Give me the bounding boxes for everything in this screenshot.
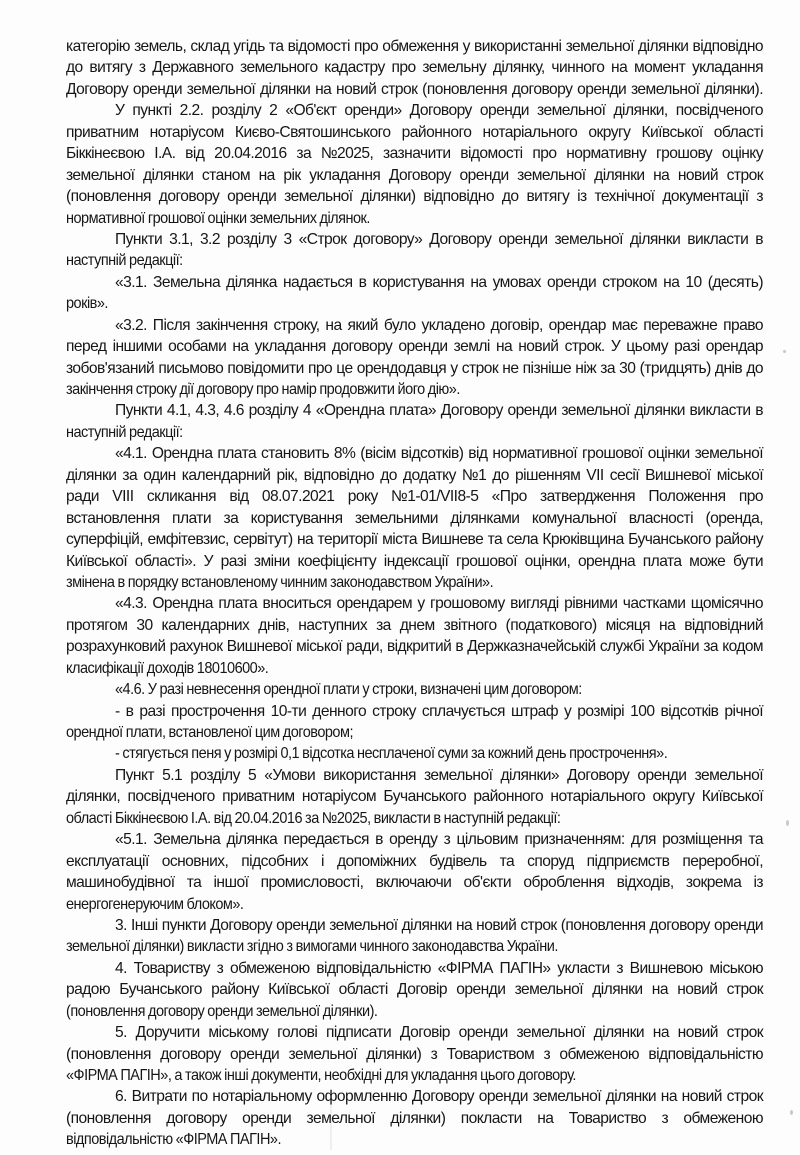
text-line: до витягу з Державного земельного кадаст…: [66, 57, 763, 78]
text-line: (поновлення договору оренди земельної ді…: [66, 1044, 763, 1065]
text-line: земельної ділянки) викласти згідно з вим…: [66, 936, 763, 957]
text-line: суперфіцій, емфітевзис, сервітут) на тер…: [66, 529, 763, 550]
text-line-content: Пункти 4.1, 4.3, 4.6 розділу 4 «Орендна …: [115, 400, 763, 421]
text-line-content: Київської області». У разі зміни коефіці…: [66, 551, 763, 572]
text-line-content: протягом 30 календарних днів, наступних …: [66, 615, 763, 636]
text-line: Пункти 3.1, 3.2 розділу 3 «Строк договор…: [66, 229, 763, 250]
text-line-content: наступній редакції:: [66, 250, 183, 271]
text-line: розрахунковий рахунок Вишневої міської р…: [66, 636, 763, 657]
text-line: «4.3. Орендна плата вноситься орендарем …: [66, 593, 763, 614]
document-body: категорію земель, склад угідь та відомос…: [66, 36, 763, 1151]
text-line: змінена в порядку встановленому чинним з…: [66, 572, 763, 593]
text-line: (поновлення договору оренди земельної ді…: [66, 1001, 763, 1022]
text-line-content: «ФІРМА ПАГІН», а також інші документи, н…: [66, 1065, 576, 1086]
text-line-content: відповідальністю «ФІРМА ПАГІН».: [66, 1129, 281, 1150]
text-line-content: наступній редакції:: [66, 422, 183, 443]
text-line-content: нормативної грошової оцінки земельних ді…: [66, 208, 370, 229]
text-line: радою Бучанського району Київської облас…: [66, 979, 763, 1000]
text-line-content: Пункт 5.1 розділу 5 «Умови використання …: [115, 765, 763, 786]
text-line-content: радою Бучанського району Київської облас…: [66, 979, 763, 1000]
text-line: 5. Доручити міському голові підписати До…: [66, 1022, 763, 1043]
text-line: Біккінеєвою І.А. від 20.04.2016 за №2025…: [66, 143, 763, 164]
text-line-content: (поновлення договору оренди земельної ді…: [66, 1001, 377, 1022]
text-line: нормативної грошової оцінки земельних ді…: [66, 208, 763, 229]
text-line: закінчення строку дії договору про намір…: [66, 379, 763, 400]
scan-speck: [783, 350, 786, 353]
text-line: 3. Інші пункти Договору оренди земельної…: [66, 915, 763, 936]
text-line: 6. Витрати по нотаріальному оформленню Д…: [66, 1086, 763, 1107]
text-line-content: (поновлення договору оренди земельної ді…: [66, 186, 763, 207]
text-line-content: 3. Інші пункти Договору оренди земельної…: [115, 915, 763, 936]
text-line-content: «4.1. Орендна плата становить 8% (вісім …: [115, 443, 763, 464]
text-line: «3.1. Земельна ділянка надається в корис…: [66, 272, 763, 293]
text-line-content: перед іншими особами на укладання догово…: [66, 336, 763, 357]
text-line-content: класифікації доходів 18010600».: [66, 658, 268, 679]
text-line: (поновлення договору оренди земельної ді…: [66, 186, 763, 207]
text-line-content: Біккінеєвою І.А. від 20.04.2016 за №2025…: [66, 143, 763, 164]
text-line: перед іншими особами на укладання догово…: [66, 336, 763, 357]
text-line: експлуатації основних, підсобних і допом…: [66, 851, 763, 872]
text-line: наступній редакції:: [66, 422, 763, 443]
text-line-content: зобов'язаний письмово повідомити про це …: [66, 358, 763, 379]
text-line-content: 4. Товариству з обмеженою відповідальніс…: [115, 958, 763, 979]
text-line: «ФІРМА ПАГІН», а також інші документи, н…: [66, 1065, 763, 1086]
text-line: класифікації доходів 18010600».: [66, 658, 763, 679]
text-line-content: - стягується пеня у розмірі 0,1 відсотка…: [115, 743, 667, 764]
text-line-content: «3.2. Після закінчення строку, на який б…: [115, 315, 763, 336]
text-line-content: «4.6. У разі невнесення орендної плати у…: [115, 679, 582, 700]
text-line: Пункт 5.1 розділу 5 «Умови використання …: [66, 765, 763, 786]
text-line-content: 5. Доручити міському голові підписати До…: [115, 1022, 763, 1043]
text-line-content: У пункті 2.2. розділу 2 «Об'єкт оренди» …: [115, 100, 763, 121]
text-line-content: земельної ділянки станом на рік укладанн…: [66, 165, 763, 186]
text-line-content: енергогенеруючим блоком».: [66, 894, 243, 915]
text-line: - в разі прострочення 10-ти денного стро…: [66, 701, 763, 722]
text-line: ділянки за один календарний рік, відпові…: [66, 465, 763, 486]
text-line-content: - в разі прострочення 10-ти денного стро…: [115, 701, 763, 722]
text-line: машинобудівної та іншої промисловості, в…: [66, 872, 763, 893]
text-line: наступній редакції:: [66, 250, 763, 271]
text-line-content: суперфіцій, емфітевзис, сервітут) на тер…: [66, 529, 763, 550]
text-line: «3.2. Після закінчення строку, на який б…: [66, 315, 763, 336]
text-line: енергогенеруючим блоком».: [66, 894, 763, 915]
text-line: «4.1. Орендна плата становить 8% (вісім …: [66, 443, 763, 464]
scan-speck: [790, 1110, 793, 1115]
text-line-content: до витягу з Державного земельного кадаст…: [66, 57, 763, 78]
text-line: «5.1. Земельна ділянка передається в оре…: [66, 829, 763, 850]
text-line-content: (поновлення договору оренди земельної ді…: [66, 1108, 763, 1129]
text-line: Договору оренди земельної ділянки на нов…: [66, 79, 763, 100]
text-line-content: 6. Витрати по нотаріальному оформленню Д…: [115, 1086, 763, 1107]
text-line: років».: [66, 293, 763, 314]
scan-speck: [786, 820, 789, 826]
text-line: встановлення плати за користування земел…: [66, 508, 763, 529]
text-line: У пункті 2.2. розділу 2 «Об'єкт оренди» …: [66, 100, 763, 121]
text-line: категорію земель, склад угідь та відомос…: [66, 36, 763, 57]
text-line: відповідальністю «ФІРМА ПАГІН».: [66, 1129, 763, 1150]
text-line-content: «4.3. Орендна плата вноситься орендарем …: [115, 593, 763, 614]
text-line-content: «3.1. Земельна ділянка надається в корис…: [115, 272, 763, 293]
text-line-content: орендної плати, встановленої цим договор…: [66, 722, 353, 743]
text-line-content: земельної ділянки) викласти згідно з вим…: [66, 936, 558, 957]
scanned-document-page: категорію земель, склад угідь та відомос…: [0, 0, 800, 1155]
text-line-content: Договору оренди земельної ділянки на нов…: [66, 79, 763, 100]
text-line: Київської області». У разі зміни коефіці…: [66, 551, 763, 572]
text-line-content: розрахунковий рахунок Вишневої міської р…: [66, 636, 763, 657]
text-line-content: ділянки за один календарний рік, відпові…: [66, 465, 763, 486]
text-line-content: років».: [66, 293, 108, 314]
text-line-content: категорію земель, склад угідь та відомос…: [66, 36, 763, 57]
text-line: зобов'язаний письмово повідомити про це …: [66, 358, 763, 379]
text-line: області Біккінеєвою І.А. від 20.04.2016 …: [66, 808, 763, 829]
text-line-content: встановлення плати за користування земел…: [66, 508, 763, 529]
text-line-content: Пункти 3.1, 3.2 розділу 3 «Строк договор…: [115, 229, 763, 250]
text-line-content: приватним нотаріусом Києво-Святошинськог…: [66, 122, 763, 143]
text-line-content: машинобудівної та іншої промисловості, в…: [66, 872, 763, 893]
text-line-content: області Біккінеєвою І.А. від 20.04.2016 …: [66, 808, 560, 829]
text-line: «4.6. У разі невнесення орендної плати у…: [66, 679, 763, 700]
text-line: протягом 30 календарних днів, наступних …: [66, 615, 763, 636]
text-line: приватним нотаріусом Києво-Святошинськог…: [66, 122, 763, 143]
text-line-content: (поновлення договору оренди земельної ді…: [66, 1044, 763, 1065]
text-line: орендної плати, встановленої цим договор…: [66, 722, 763, 743]
text-line-content: закінчення строку дії договору про намір…: [66, 379, 460, 400]
text-line-content: експлуатації основних, підсобних і допом…: [66, 851, 763, 872]
text-line: 4. Товариству з обмеженою відповідальніс…: [66, 958, 763, 979]
text-line-content: «5.1. Земельна ділянка передається в оре…: [115, 829, 763, 850]
text-line: Пункти 4.1, 4.3, 4.6 розділу 4 «Орендна …: [66, 400, 763, 421]
text-line-content: ради VIII скликання від 08.07.2021 року …: [66, 486, 763, 507]
text-line-content: змінена в порядку встановленому чинним з…: [66, 572, 493, 593]
text-line-content: ділянки, посвідченого приватним нотаріус…: [66, 786, 763, 807]
text-line: - стягується пеня у розмірі 0,1 відсотка…: [66, 743, 763, 764]
text-line: земельної ділянки станом на рік укладанн…: [66, 165, 763, 186]
text-line: ділянки, посвідченого приватним нотаріус…: [66, 786, 763, 807]
text-line: (поновлення договору оренди земельної ді…: [66, 1108, 763, 1129]
text-line: ради VIII скликання від 08.07.2021 року …: [66, 486, 763, 507]
